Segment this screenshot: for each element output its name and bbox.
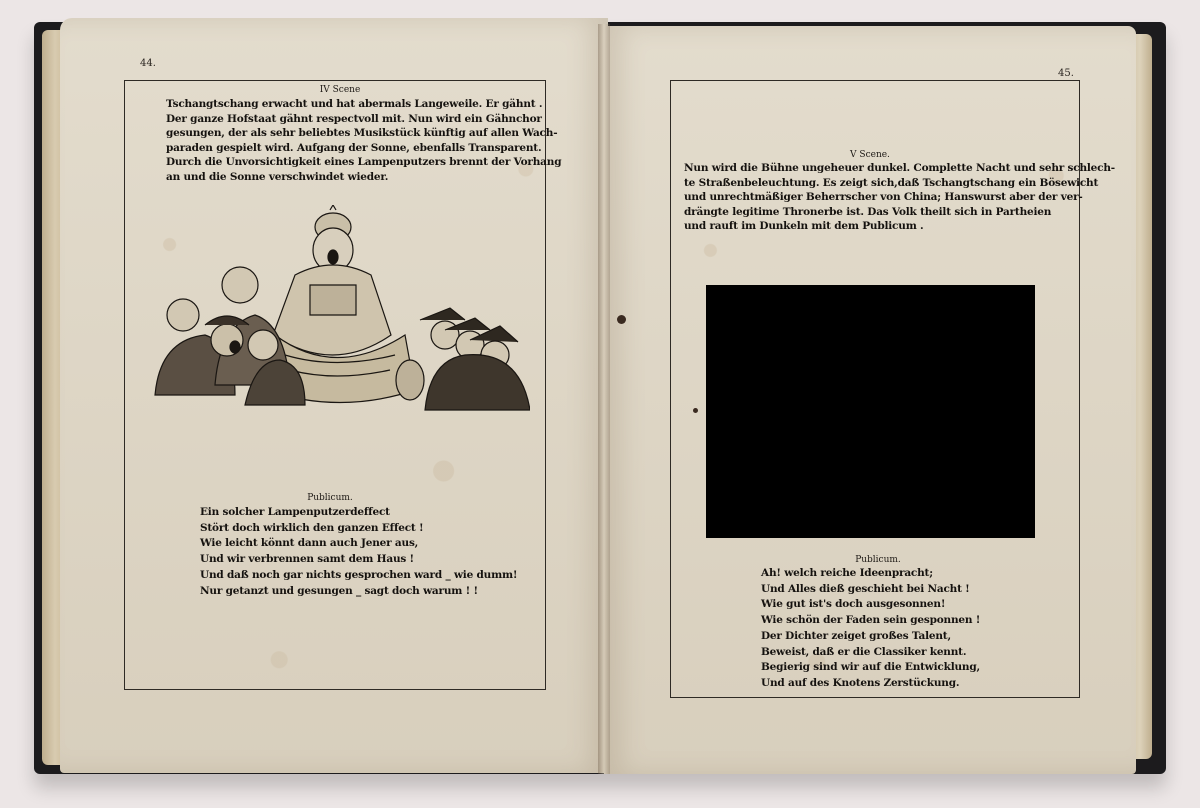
scene-text-line: Tschangtschang erwacht und hat abermals … (166, 97, 561, 112)
verse-line: Beweist, daß er die Classiker kennt. (761, 645, 980, 661)
verse-line: Ein solcher Lampenputzerdeffect (200, 505, 517, 521)
verse-line: Wie gut ist's doch ausgesonnen! (761, 597, 980, 613)
left-chorus-title: Publicum. (290, 493, 370, 503)
scene-text-line: te Straßenbeleuchtung. Es zeigt sich,daß… (684, 176, 1115, 191)
verse-line: Ah! welch reiche Ideenpracht; (761, 566, 980, 582)
verse-line: Und wir verbrennen samt dem Haus ! (200, 552, 517, 568)
right-scene-text: Nun wird die Bühne ungeheuer dunkel. Com… (684, 161, 1115, 234)
right-chorus-title: Publicum. (838, 555, 918, 565)
emperor-illustration (145, 205, 530, 415)
verse-line: Wie leicht könnt dann auch Jener aus, (200, 536, 517, 552)
scene-text-line: und rauft im Dunkeln mit dem Publicum . (684, 219, 1115, 234)
scene-text-line: und unrechtmäßiger Beherrscher von China… (684, 190, 1115, 205)
verse-line: Wie schön der Faden sein gesponnen ! (761, 613, 980, 629)
right-page-number: 45. (1058, 68, 1074, 79)
verse-line: Begierig sind wir auf die Entwicklung, (761, 660, 980, 676)
left-scene-text: Tschangtschang erwacht und hat abermals … (166, 97, 561, 185)
redacted-illustration (706, 285, 1035, 538)
verse-line: Der Dichter zeiget großes Talent, (761, 629, 980, 645)
scene-text-line: an und die Sonne verschwindet wieder. (166, 170, 561, 185)
verse-line: Stört doch wirklich den ganzen Effect ! (200, 521, 517, 537)
ink-stain (693, 408, 698, 413)
scene-text-line: Nun wird die Bühne ungeheuer dunkel. Com… (684, 161, 1115, 176)
verse-line: Und daß noch gar nichts gesprochen ward … (200, 568, 517, 584)
scene-text-line: Der ganze Hofstaat gähnt respectvoll mit… (166, 112, 561, 127)
book-gutter (598, 24, 610, 774)
verse-line: Und Alles dieß geschieht bei Nacht ! (761, 582, 980, 598)
scene-text-line: paraden gespielt wird. Aufgang der Sonne… (166, 141, 561, 156)
verse-line: Und auf des Knotens Zerstückung. (761, 676, 980, 692)
left-scene-title: IV Scene (300, 85, 380, 95)
right-scene-title: V Scene. (830, 150, 910, 160)
scene-text-line: Durch die Unvorsichtigkeit eines Lampenp… (166, 155, 561, 170)
right-chorus-verse: Ah! welch reiche Ideenpracht; Und Alles … (761, 566, 980, 692)
scene-text-line: gesungen, der als sehr beliebtes Musikst… (166, 126, 561, 141)
ink-stain (617, 315, 626, 324)
verse-line: Nur getanzt und gesungen _ sagt doch war… (200, 584, 517, 600)
scene-text-line: drängte legitime Thronerbe ist. Das Volk… (684, 205, 1115, 220)
left-chorus-verse: Ein solcher Lampenputzerdeffect Stört do… (200, 505, 517, 599)
left-page-number: 44. (140, 58, 156, 69)
